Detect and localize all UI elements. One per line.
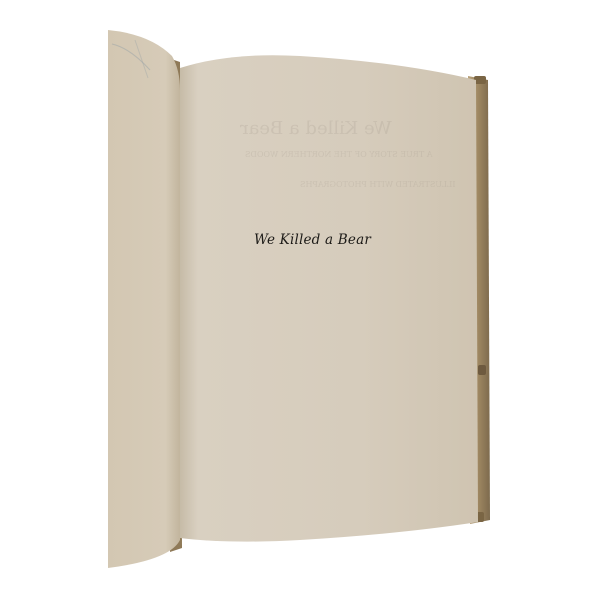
- book-photo: We Killed a Bear A TRUE STORY OF THE NOR…: [0, 0, 600, 600]
- open-book: [0, 0, 600, 600]
- left-page: [108, 30, 180, 568]
- book-title: We Killed a Bear: [254, 232, 371, 248]
